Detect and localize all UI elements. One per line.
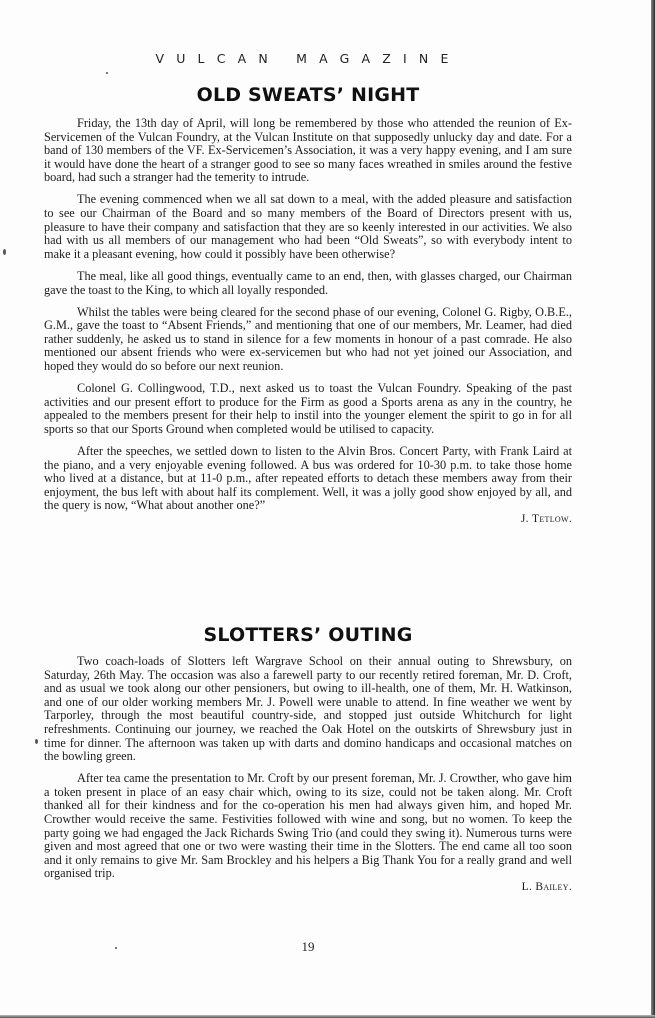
- article-paragraph: After the speeches, we settled down to l…: [44, 445, 572, 513]
- author-signature: L. Bailey.: [44, 881, 572, 893]
- page-number: 19: [44, 939, 572, 955]
- article-paragraph: Two coach-loads of Slotters left Wargrav…: [44, 655, 572, 764]
- print-speck: [3, 249, 6, 255]
- running-head: VULCAN MAGAZINE: [44, 51, 572, 66]
- author-surname: Bailey.: [535, 881, 572, 893]
- article-title-old-sweats-night: OLD SWEATS’ NIGHT: [44, 84, 572, 106]
- article-paragraph: The evening commenced when we all sat do…: [44, 193, 572, 261]
- page-edge-shadow: [651, 0, 655, 1018]
- author-signature: J. Tetlow.: [44, 513, 572, 525]
- article-paragraph: Whilst the tables were being cleared for…: [44, 306, 572, 374]
- author-initial: J.: [521, 513, 529, 525]
- article-paragraph: The meal, like all good things, eventual…: [44, 270, 572, 297]
- author-surname: Tetlow.: [532, 513, 572, 525]
- article-paragraph: After tea came the presentation to Mr. C…: [44, 772, 572, 881]
- article-paragraph: Colonel G. Collingwood, T.D., next asked…: [44, 382, 572, 436]
- article-old-sweats-night: Friday, the 13th day of April, will long…: [44, 117, 572, 525]
- article-paragraph: Friday, the 13th day of April, will long…: [44, 117, 572, 185]
- article-slotters-outing: Two coach-loads of Slotters left Wargrav…: [44, 655, 572, 893]
- author-initial: L.: [522, 881, 533, 893]
- print-speck: [35, 739, 38, 744]
- print-speck: [106, 72, 108, 74]
- article-title-slotters-outing: SLOTTERS’ OUTING: [44, 624, 572, 646]
